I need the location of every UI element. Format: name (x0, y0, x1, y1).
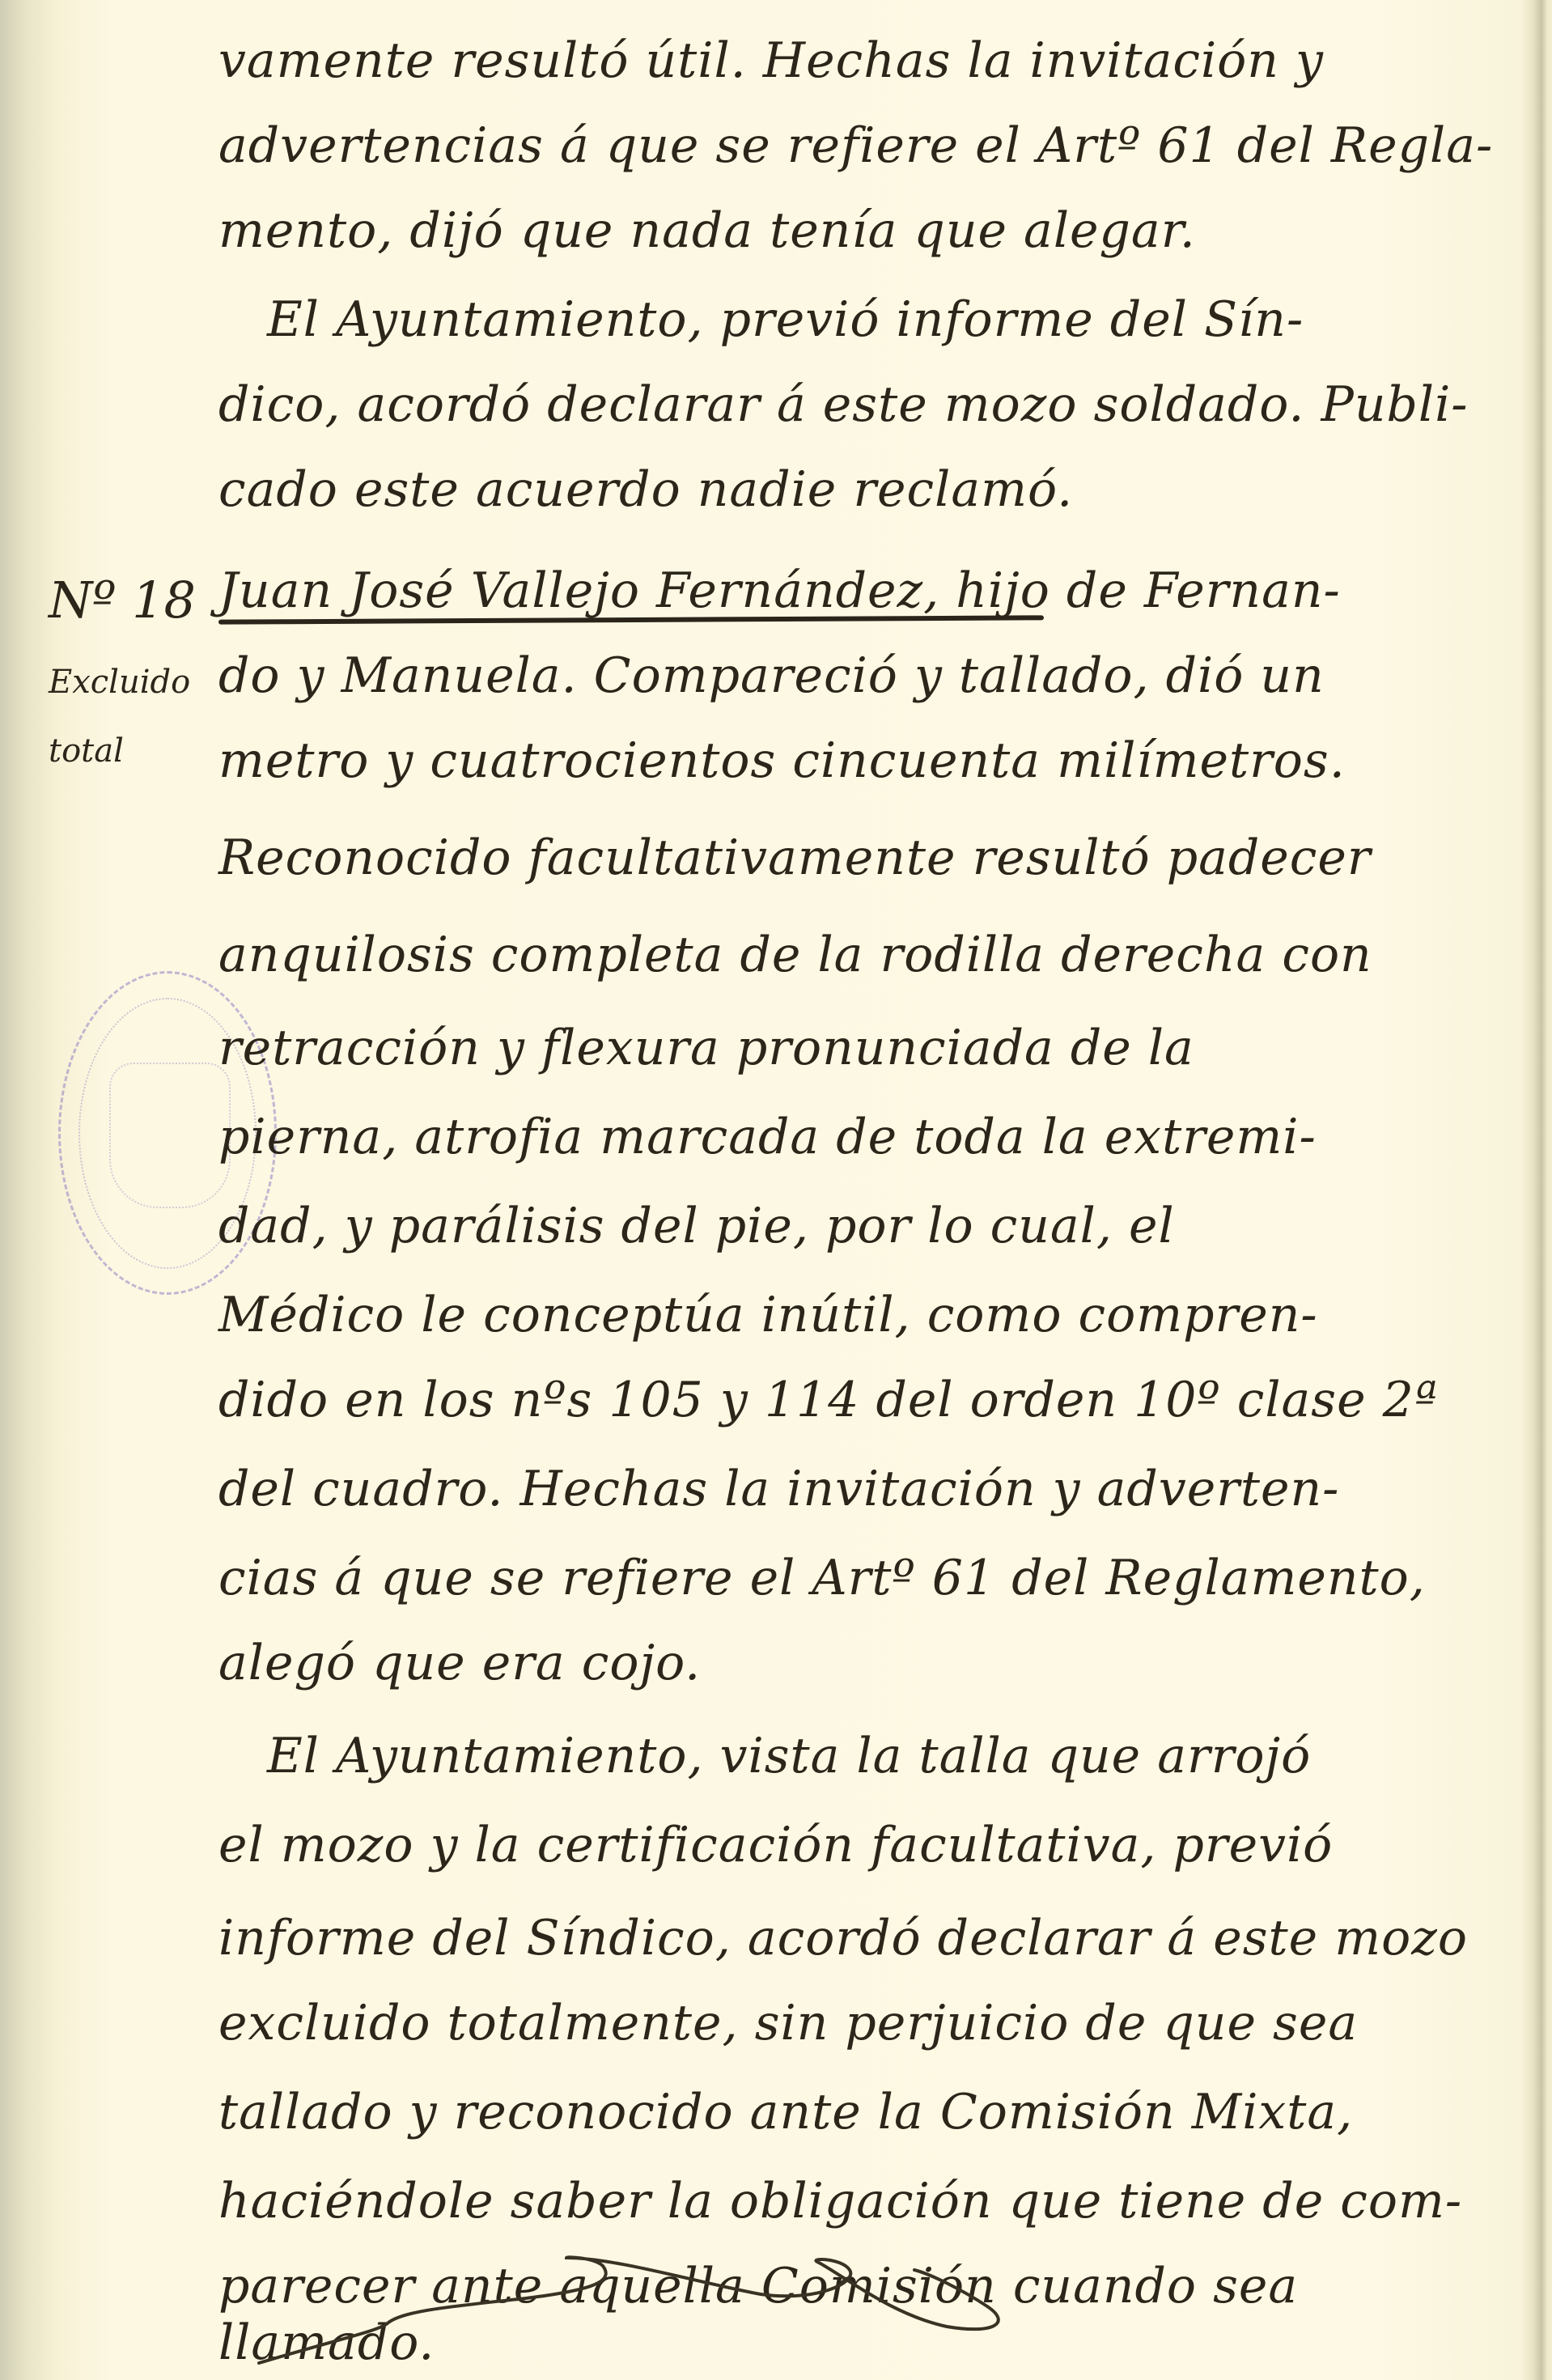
text-line: El Ayuntamiento, vista la talla que arro… (267, 1724, 1311, 1788)
text-line: anquilosis completa de la rodilla derech… (218, 923, 1372, 987)
text-line: vamente resultó útil. Hechas la invitaci… (218, 28, 1324, 93)
text-line: retracción y flexura pronunciada de la (218, 1016, 1194, 1080)
margin-note-total: total (49, 732, 124, 770)
document-page: Nº 18 Excluido total vamente resultó úti… (0, 0, 1552, 2380)
text-line: dico, acordó declarar á este mozo soldad… (218, 372, 1469, 437)
seal-emblem (109, 1063, 231, 1208)
entry-name-line: Juan José Vallejo Fernández, hijo de Fer… (218, 558, 1341, 623)
text-line: alegó que era cojo. (218, 1631, 701, 1695)
text-line: haciéndole saber la obligación que tiene… (218, 2169, 1462, 2234)
text-line: informe del Síndico, acordó declarar á e… (218, 1906, 1468, 1971)
text-line: llamado. (218, 2310, 435, 2375)
text-line: cias á que se refiere el Artº 61 del Reg… (218, 1546, 1426, 1610)
text-line: advertencias á que se refiere el Artº 61… (218, 113, 1493, 178)
margin-note-excluded: Excluido (49, 664, 190, 701)
text-line: del cuadro. Hechas la invitación y adver… (218, 1457, 1339, 1521)
text-line: Médico le conceptúa inútil, como compren… (218, 1283, 1318, 1347)
text-line: dad, y parálisis del pie, por lo cual, e… (218, 1194, 1175, 1258)
entry-number: Nº 18 (49, 571, 196, 630)
text-line: do y Manuela. Compareció y tallado, dió … (218, 643, 1325, 708)
text-line: Reconocido facultativamente resultó pade… (218, 825, 1372, 890)
text-line: cado este acuerdo nadie reclamó. (218, 457, 1073, 522)
text-line: dido en los nºs 105 y 114 del orden 10º … (218, 1368, 1438, 1432)
text-line: pierna, atrofia marcada de toda la extre… (218, 1105, 1317, 1169)
text-line: tallado y reconocido ante la Comisión Mi… (218, 2080, 1353, 2145)
text-line: mento, dijó que nada tenía que alegar. (218, 198, 1196, 263)
text-line: parecer ante aquella Comisión cuando sea (218, 2254, 1298, 2318)
text-line: metro y cuatrocientos cincuenta milímetr… (218, 728, 1346, 793)
text-line: excluido totalmente, sin perjuicio de qu… (218, 1991, 1358, 2055)
text-line: el mozo y la certificación facultativa, … (218, 1813, 1333, 1877)
text-line: El Ayuntamiento, previó informe del Sín- (267, 287, 1304, 352)
